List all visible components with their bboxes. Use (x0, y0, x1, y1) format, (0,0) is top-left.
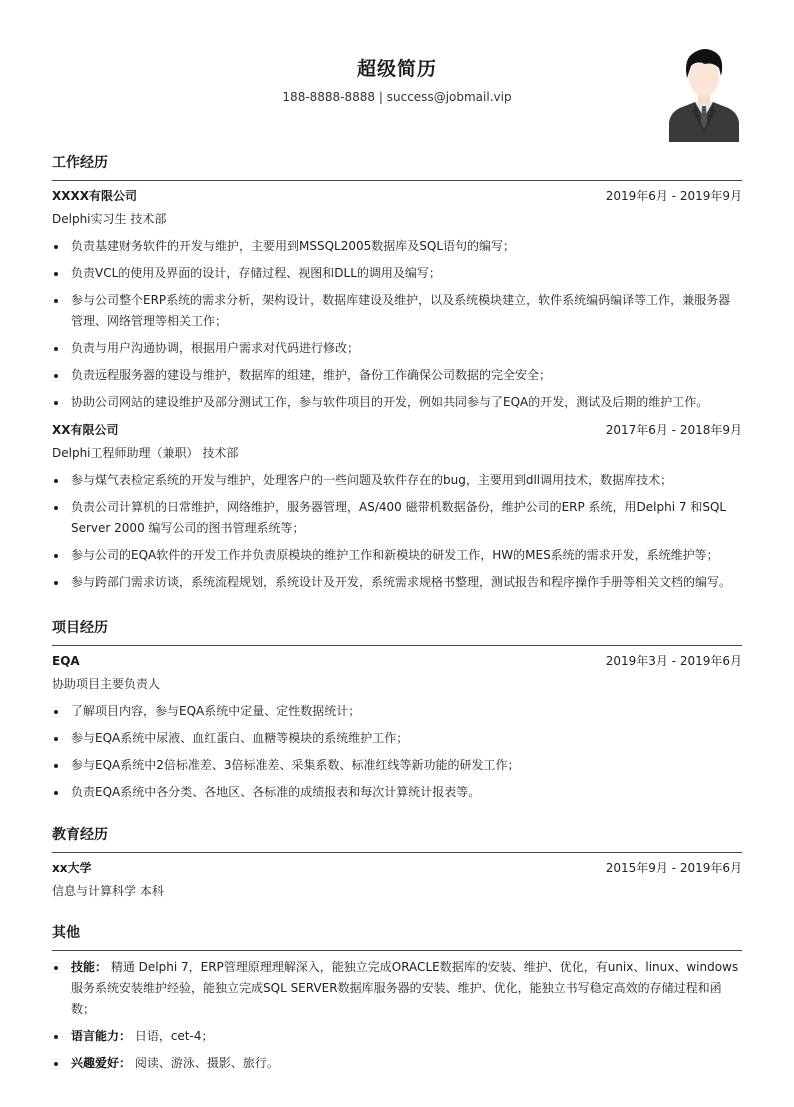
list-item: 参与公司整个ERP系统的需求分析，架构设计，数据库建设及维护，以及系统模块建立，… (52, 290, 742, 332)
contact-line: 188-8888-8888 | success@jobmail.vip (52, 90, 742, 104)
education-major: 信息与计算科学 本科 (52, 880, 742, 903)
list-item: 负责公司计算机的日常维护，网络维护，服务器管理，AS/400 磁带机数据备份，维… (52, 497, 742, 539)
education-entry: xx大学 2015年9月 - 2019年6月 信息与计算科学 本科 (52, 857, 742, 903)
list-item: 负责EQA系统中各分类、各地区、各标准的成绩报表和每次计算统计报表等。 (52, 782, 742, 803)
resume-header: 超级简历 188-8888-8888 | success@jobmail.vip (52, 0, 742, 148)
list-item: 兴趣爱好： 阅读、游泳、摄影、旅行。 (52, 1053, 742, 1074)
item-label: 兴趣爱好： (71, 1056, 131, 1070)
section-title: 项目经历 (52, 617, 742, 639)
list-item: 语言能力： 日语，cet-4； (52, 1026, 742, 1047)
section-title: 工作经历 (52, 152, 742, 174)
education-date: 2015年9月 - 2019年6月 (606, 857, 742, 880)
project-entry: EQA 2019年3月 - 2019年6月 协助项目主要负责人 了解项目内容，参… (52, 650, 742, 803)
section-title: 教育经历 (52, 824, 742, 846)
section-divider (52, 852, 742, 853)
item-text: 阅读、游泳、摄影、旅行。 (131, 1056, 279, 1070)
company-name: XXXX有限公司 (52, 185, 137, 208)
list-item: 参与公司的EQA软件的开发工作并负责原模块的维护工作和新模块的研发工作，HW的M… (52, 545, 742, 566)
job-entry: XXXX有限公司 2019年6月 - 2019年9月 Delphi实习生 技术部… (52, 185, 742, 413)
job-bullets: 负责基建财务软件的开发与维护，主要用到MSSQL2005数据库及SQL语句的编写… (52, 236, 742, 413)
school-name: xx大学 (52, 857, 91, 880)
person-avatar-icon (669, 44, 739, 142)
item-label: 语言能力： (71, 1029, 131, 1043)
other-bullets: 技能： 精通 Delphi 7，ERP管理原理理解深入，能独立完成ORACLE数… (52, 957, 742, 1074)
list-item: 负责VCL的使用及界面的设计，存储过程、视图和DLL的调用及编写； (52, 263, 742, 284)
section-divider (52, 645, 742, 646)
item-label: 技能： (71, 960, 107, 974)
list-item: 了解项目内容，参与EQA系统中定量、定性数据统计； (52, 701, 742, 722)
section-divider (52, 950, 742, 951)
list-item: 参与煤气表检定系统的开发与维护，处理客户的一些问题及软件存在的bug，主要用到d… (52, 470, 742, 491)
email-address: success@jobmail.vip (387, 90, 512, 104)
job-role: Delphi实习生 技术部 (52, 208, 742, 231)
project-role: 协助项目主要负责人 (52, 673, 742, 696)
list-item: 参与跨部门需求访谈，系统流程规划，系统设计及开发，系统需求规格书整理，测试报告和… (52, 572, 742, 593)
contact-separator: | (375, 90, 387, 104)
job-date: 2019年6月 - 2019年9月 (606, 185, 742, 208)
section-title: 其他 (52, 922, 742, 944)
resume-title: 超级简历 (52, 54, 742, 81)
list-item: 技能： 精通 Delphi 7，ERP管理原理理解深入，能独立完成ORACLE数… (52, 957, 742, 1020)
item-text: 日语，cet-4； (131, 1029, 213, 1043)
project-date: 2019年3月 - 2019年6月 (606, 650, 742, 673)
list-item: 参与EQA系统中2倍标准差、3倍标准差、采集系数、标准红线等新功能的研发工作； (52, 755, 742, 776)
list-item: 负责与用户沟通协调，根据用户需求对代码进行修改； (52, 338, 742, 359)
job-bullets: 参与煤气表检定系统的开发与维护，处理客户的一些问题及软件存在的bug，主要用到d… (52, 470, 742, 593)
list-item: 参与EQA系统中尿液、血红蛋白、血糖等模块的系统维护工作； (52, 728, 742, 749)
job-date: 2017年6月 - 2018年9月 (606, 419, 742, 442)
project-bullets: 了解项目内容，参与EQA系统中定量、定性数据统计； 参与EQA系统中尿液、血红蛋… (52, 701, 742, 803)
project-name: EQA (52, 650, 80, 673)
other-section: 其他 技能： 精通 Delphi 7，ERP管理原理理解深入，能独立完成ORAC… (52, 922, 742, 1080)
job-entry: XX有限公司 2017年6月 - 2018年9月 Delphi工程师助理（兼职）… (52, 419, 742, 593)
list-item: 负责基建财务软件的开发与维护，主要用到MSSQL2005数据库及SQL语句的编写… (52, 236, 742, 257)
resume-page: 超级简历 188-8888-8888 | success@jobmail.vip (52, 0, 742, 148)
section-divider (52, 180, 742, 181)
list-item: 负责远程服务器的建设与维护，数据库的组建，维护，备份工作确保公司数据的完全安全； (52, 365, 742, 386)
company-name: XX有限公司 (52, 419, 119, 442)
list-item: 协助公司网站的建设维护及部分测试工作，参与软件项目的开发，例如共同参与了EQA的… (52, 392, 742, 413)
item-text: 精通 Delphi 7，ERP管理原理理解深入，能独立完成ORACLE数据库的安… (71, 960, 738, 1016)
education-section: 教育经历 xx大学 2015年9月 - 2019年6月 信息与计算科学 本科 (52, 824, 742, 903)
projects-section: 项目经历 EQA 2019年3月 - 2019年6月 协助项目主要负责人 了解项… (52, 617, 742, 809)
job-role: Delphi工程师助理（兼职） 技术部 (52, 442, 742, 465)
work-experience-section: 工作经历 XXXX有限公司 2019年6月 - 2019年9月 Delphi实习… (52, 152, 742, 599)
phone-number: 188-8888-8888 (282, 90, 375, 104)
